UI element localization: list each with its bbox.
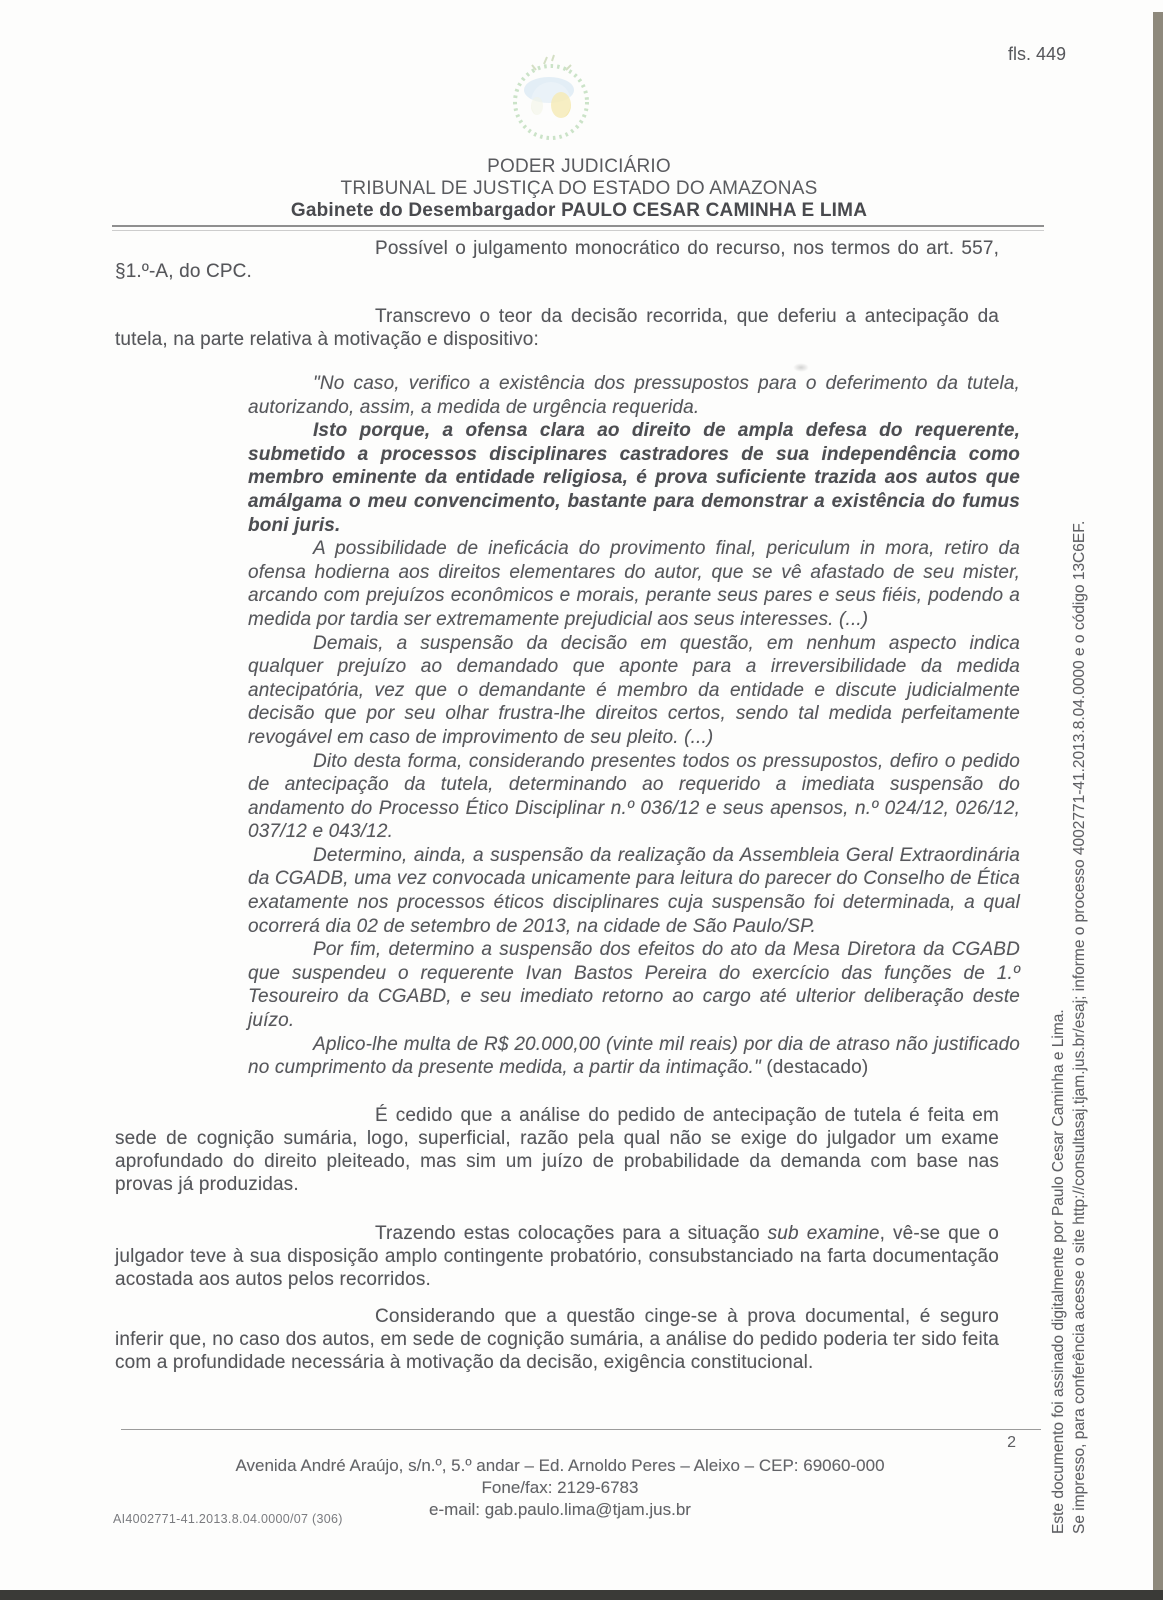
- page-number: 2: [986, 1434, 1016, 1452]
- letterhead-line-1: PODER JUDICIÁRIO: [115, 156, 1043, 178]
- footer-rule: [121, 1429, 1041, 1430]
- quote-paragraph-8-text: Aplico-lhe multa de R$ 20.000,00 (vinte …: [248, 1034, 1020, 1079]
- paragraph-cognicao-sumaria: É cedido que a análise do pedido de ante…: [115, 1104, 999, 1196]
- quote-paragraph-7: Por fim, determino a suspensão dos efeit…: [248, 938, 1020, 1032]
- signature-strip-line-2: Se impresso, para conferência acesse o s…: [1069, 142, 1090, 1534]
- scan-edge-bottom: [0, 1590, 1163, 1600]
- paragraph-transcription-intro: Transcrevo o teor da decisão recorrida, …: [115, 305, 999, 351]
- letterhead-line-3: Gabinete do Desembargador PAULO CESAR CA…: [115, 200, 1043, 222]
- tjam-coat-of-arms-icon: [506, 50, 596, 145]
- decision-text: Possível o julgamento monocrático do rec…: [115, 237, 999, 1374]
- paragraph-monocratic: Possível o julgamento monocrático do rec…: [115, 237, 999, 283]
- process-code: AI4002771-41.2013.8.04.0000/07 (306): [113, 1512, 343, 1526]
- scan-smudge: [793, 363, 809, 372]
- letterhead-line-2: TRIBUNAL DE JUSTIÇA DO ESTADO DO AMAZONA…: [115, 178, 1043, 200]
- folio-stamp: fls. 449: [1008, 44, 1066, 65]
- scanned-document-page: fls. 449 PODER JUDICIÁRIO TRIBUNAL DE JU…: [0, 0, 1163, 1600]
- signature-strip-line-1: Este documento foi assinado digitalmente…: [1048, 142, 1069, 1534]
- latin-term: sub examine: [768, 1223, 880, 1244]
- quote-paragraph-8: Aplico-lhe multa de R$ 20.000,00 (vinte …: [248, 1033, 1020, 1080]
- quote-paragraph-5: Dito desta forma, considerando presentes…: [248, 750, 1020, 844]
- paragraph-sub-examine: Trazendo estas colocações para a situaçã…: [115, 1222, 999, 1291]
- quote-paragraph-1: "No caso, verifico a existência dos pres…: [248, 372, 1020, 419]
- digital-signature-strip: Este documento foi assinado digitalmente…: [1048, 142, 1090, 1534]
- footer-phone: Fone/fax: 2129-6783: [115, 1477, 1005, 1499]
- letterhead: PODER JUDICIÁRIO TRIBUNAL DE JUSTIÇA DO …: [115, 156, 1043, 222]
- quote-highlight-note: (destacado): [761, 1057, 868, 1078]
- quote-paragraph-3: A possibilidade de ineficácia do provime…: [248, 537, 1020, 631]
- quoted-decision-block: "No caso, verifico a existência dos pres…: [248, 372, 1020, 1080]
- quote-paragraph-4: Demais, a suspensão da decisão em questã…: [248, 632, 1020, 750]
- header-rule: [112, 225, 1044, 231]
- quote-paragraph-6: Determino, ainda, a suspensão da realiza…: [248, 844, 1020, 938]
- footer-address: Avenida André Araújo, s/n.º, 5.º andar –…: [115, 1455, 1005, 1477]
- paragraph-prova-documental: Considerando que a questão cinge-se à pr…: [115, 1305, 999, 1374]
- quote-paragraph-2: Isto porque, a ofensa clara ao direito d…: [248, 419, 1020, 537]
- scan-edge-right: [1153, 12, 1163, 1600]
- paragraph-sub-examine-prefix: Trazendo estas colocações para a situaçã…: [375, 1223, 768, 1244]
